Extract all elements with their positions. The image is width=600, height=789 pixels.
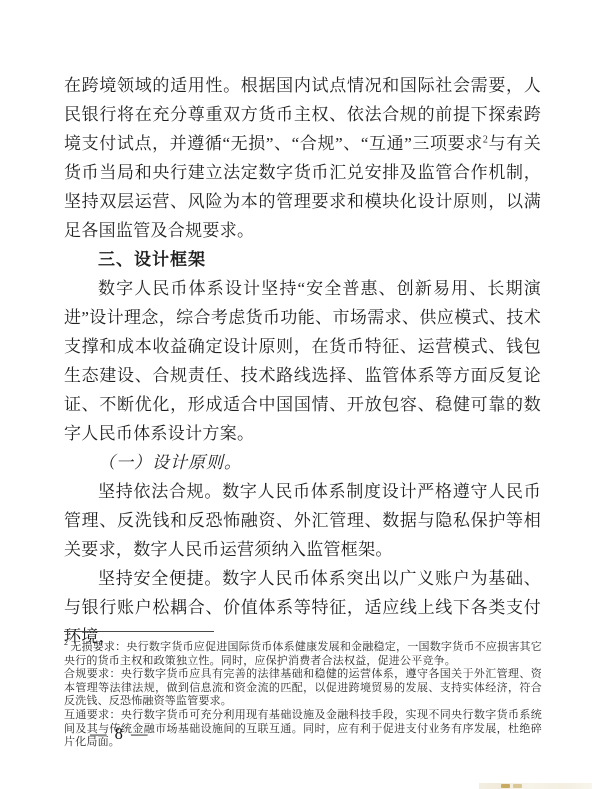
scan-artifact-spot xyxy=(513,784,522,788)
footnote-marker-2: 2 xyxy=(64,638,68,647)
scan-artifact-strip xyxy=(479,783,592,789)
paragraph-design-concept: 数字人民币体系设计坚持“安全普惠、创新易用、长期演进”设计理念，综合考虑货币功能… xyxy=(64,274,541,448)
paragraph-cross-border: 在跨境领域的适用性。根据国内试点情况和国际社会需要，人民银行将在充分尊重双方货币… xyxy=(64,71,541,245)
main-text-block: 在跨境领域的适用性。根据国内试点情况和国际社会需要，人民银行将在充分尊重双方货币… xyxy=(64,71,541,651)
paragraph-legal-compliance: 坚持依法合规。数字人民币体系制度设计严格遵守人民币管理、反洗钱和反恐怖融资、外汇… xyxy=(64,477,541,564)
footnote-separator-rule xyxy=(64,631,214,632)
section-heading-design-framework: 三、设计框架 xyxy=(64,245,541,274)
paragraph-cross-border-text: 在跨境领域的适用性。根据国内试点情况和国际社会需要，人民银行将在充分尊重双方货币… xyxy=(64,76,541,153)
footnote-no-harm: 2无损要求：央行数字货币应促进国际货币体系健康发展和金融稳定，一国数字货币不应损… xyxy=(64,641,542,668)
scan-artifact-spot xyxy=(501,784,510,788)
footnote-no-harm-text: 无损要求：央行数字货币应促进国际货币体系健康发展和金融稳定，一国数字货币不应损害… xyxy=(64,641,542,667)
footnote-compliance: 合规要求：央行数字货币应具有完善的法律基础和稳健的运营体系，遵守各国关于外汇管理… xyxy=(64,668,542,709)
page-number: — 8 — xyxy=(90,724,150,744)
sub-heading-design-principles: （一）设计原则。 xyxy=(64,448,541,477)
document-page: 在跨境领域的适用性。根据国内试点情况和国际社会需要，人民银行将在充分尊重双方货币… xyxy=(0,0,600,789)
